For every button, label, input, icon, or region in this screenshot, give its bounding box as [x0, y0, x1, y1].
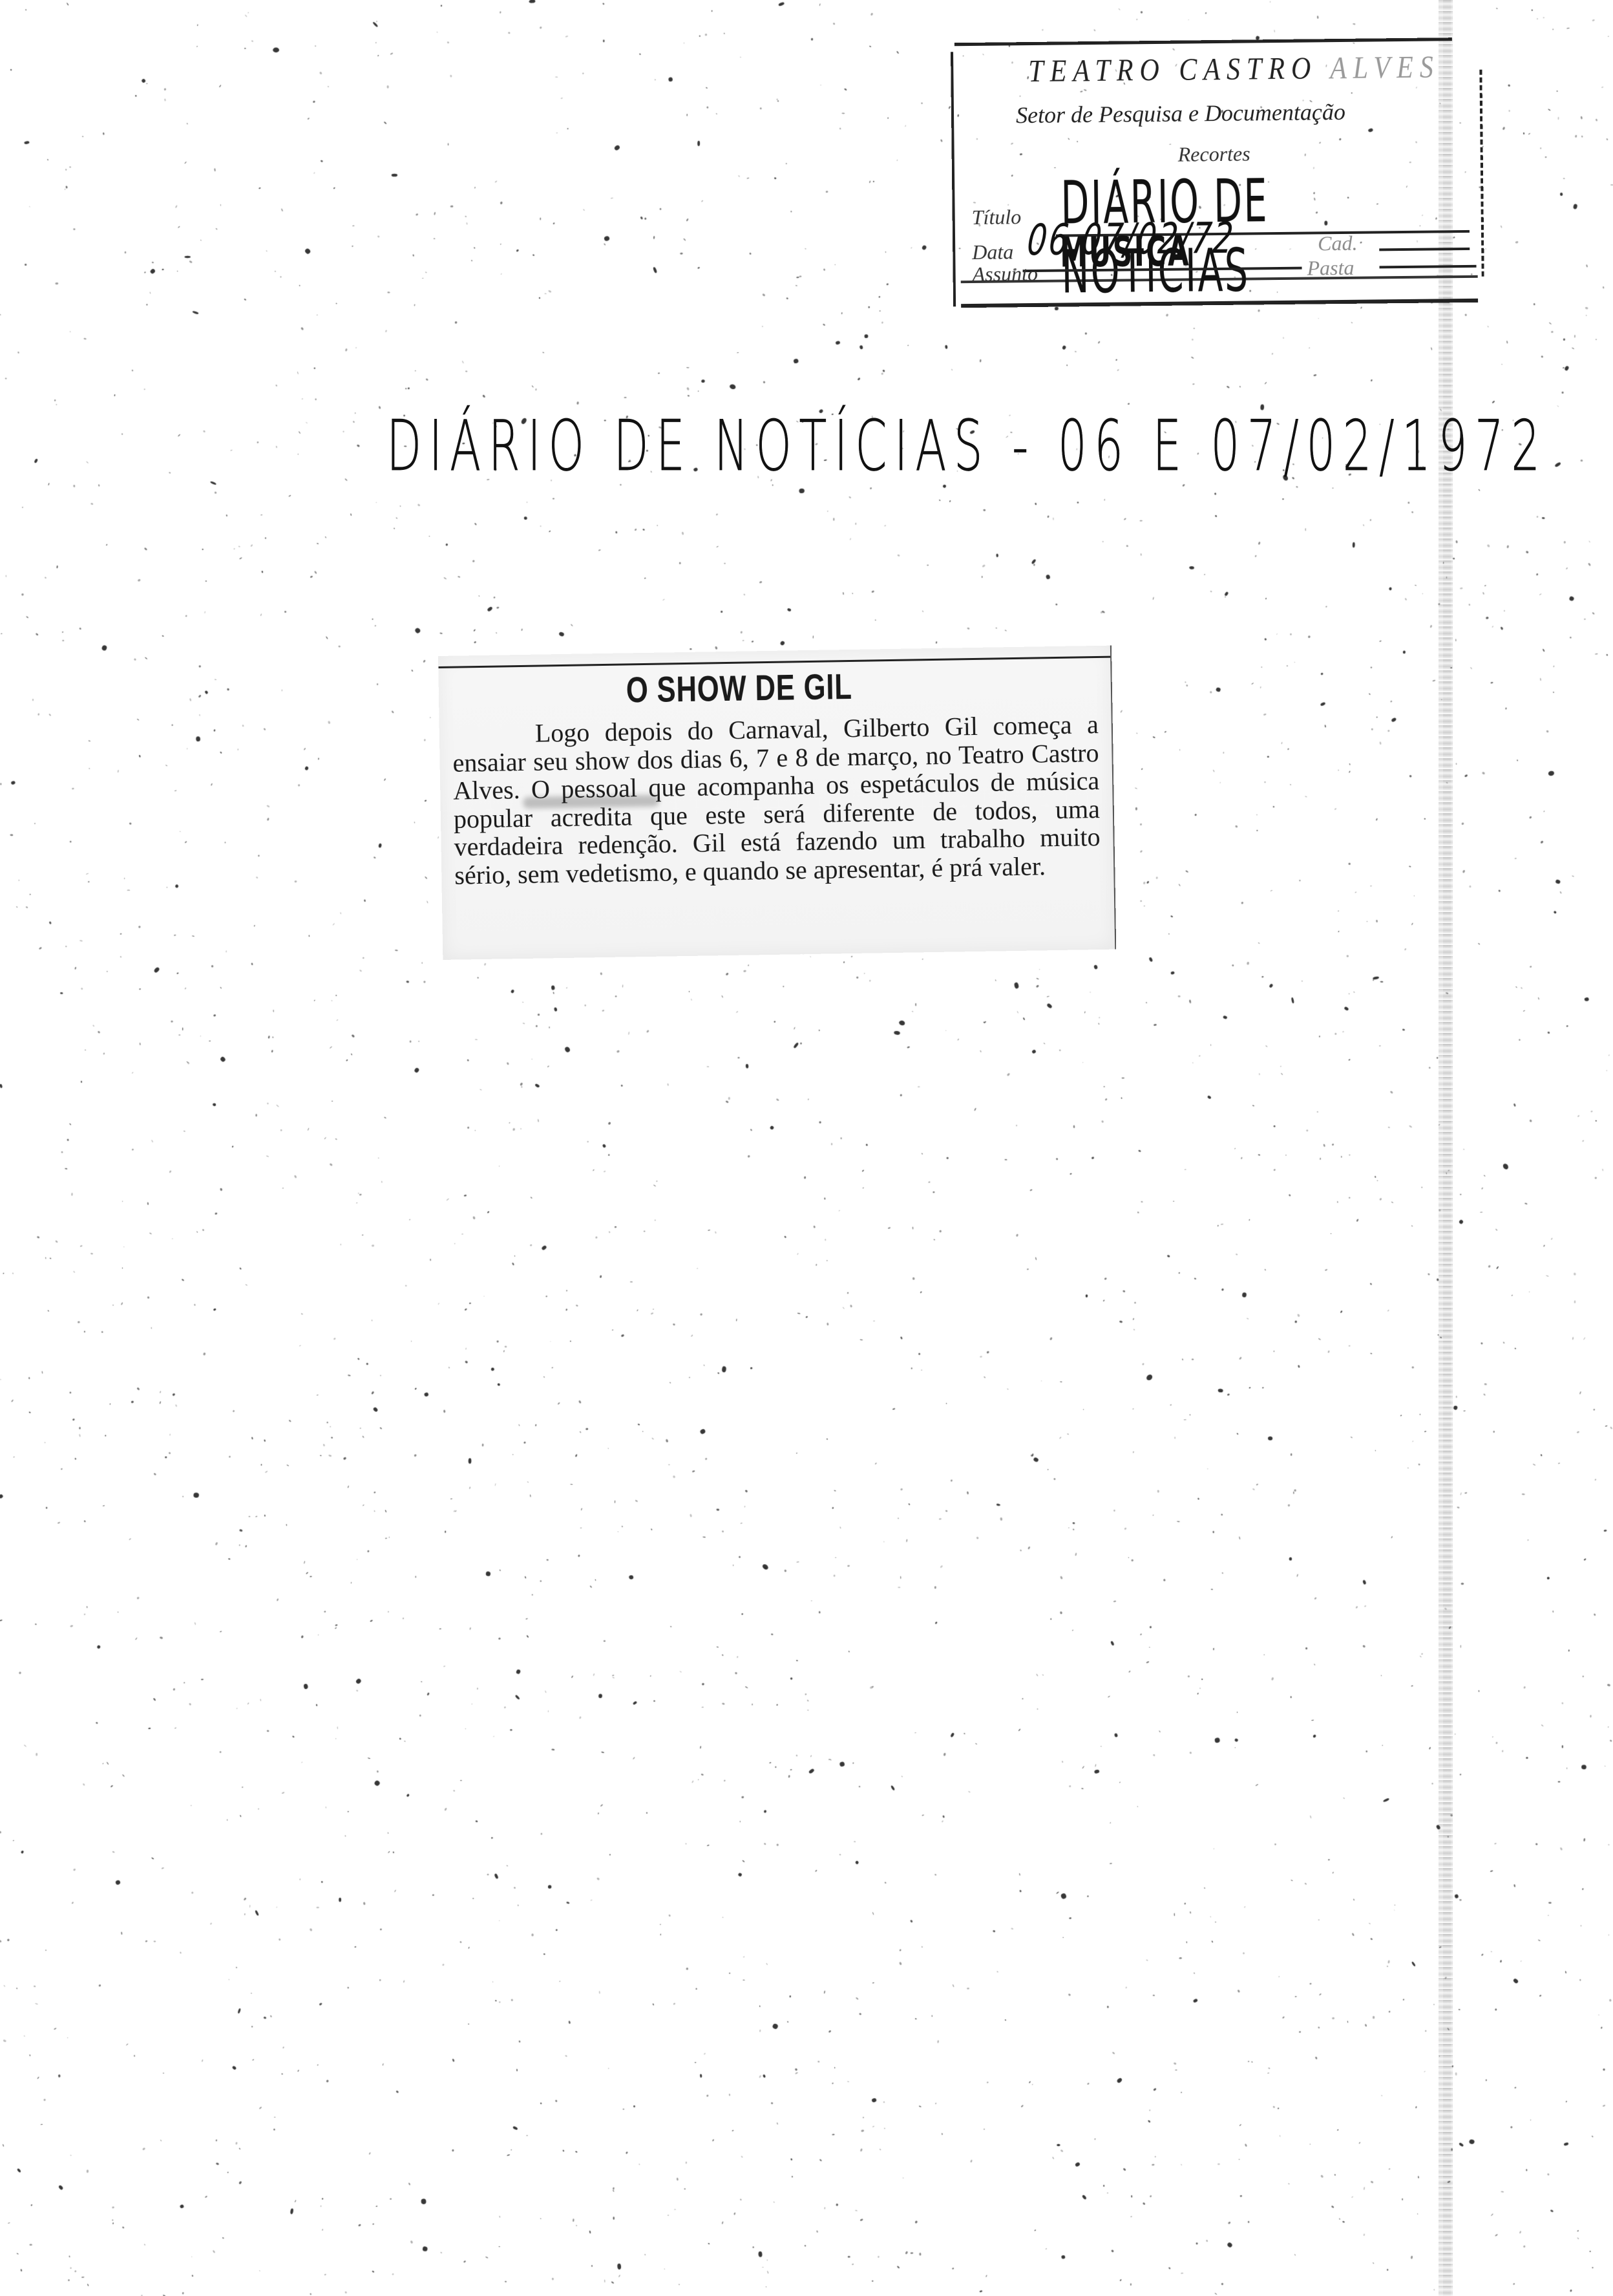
- stamp-department: Setor de Pesquisa e Documentação: [1016, 98, 1345, 129]
- stamp-section: Recortes: [1178, 142, 1250, 166]
- field-label-subject: Assunto: [972, 262, 1038, 286]
- newspaper-clipping: O SHOW DE GIL Logo depois do Carnaval, G…: [438, 646, 1116, 960]
- clipping-body-text: Logo depois do Carnaval, Gilberto Gil co…: [452, 710, 1101, 889]
- stamp-organization: TEATRO CASTRO ALVES: [1028, 50, 1440, 90]
- stamp-organization-visible: TEATRO CASTRO: [1028, 52, 1317, 89]
- clipping-body: Logo depois do Carnaval, Gilberto Gil co…: [452, 710, 1101, 889]
- handwritten-title: DIÁRIO DE NOTÍCIAS - 06 E 07/02/1972: [386, 406, 1097, 527]
- field-line-cad: [1379, 248, 1470, 251]
- paper-speckle-noise: [0, 0, 1613, 2296]
- field-label-date: Data: [972, 240, 1013, 264]
- field-value-subject: MUSICA: [1060, 228, 1191, 277]
- archive-stamp: TEATRO CASTRO ALVES Setor de Pesquisa e …: [951, 37, 1484, 308]
- stamp-organization-faded: ALVES: [1330, 50, 1440, 86]
- field-line-pasta: [1380, 265, 1477, 269]
- scanner-streak-faint: [1443, 0, 1451, 2296]
- clipping-headline: O SHOW DE GIL: [626, 665, 852, 710]
- field-label-pasta: Pasta: [1307, 256, 1354, 281]
- field-label-cad: Cad.: [1318, 231, 1358, 256]
- field-label-title: Título: [972, 205, 1022, 229]
